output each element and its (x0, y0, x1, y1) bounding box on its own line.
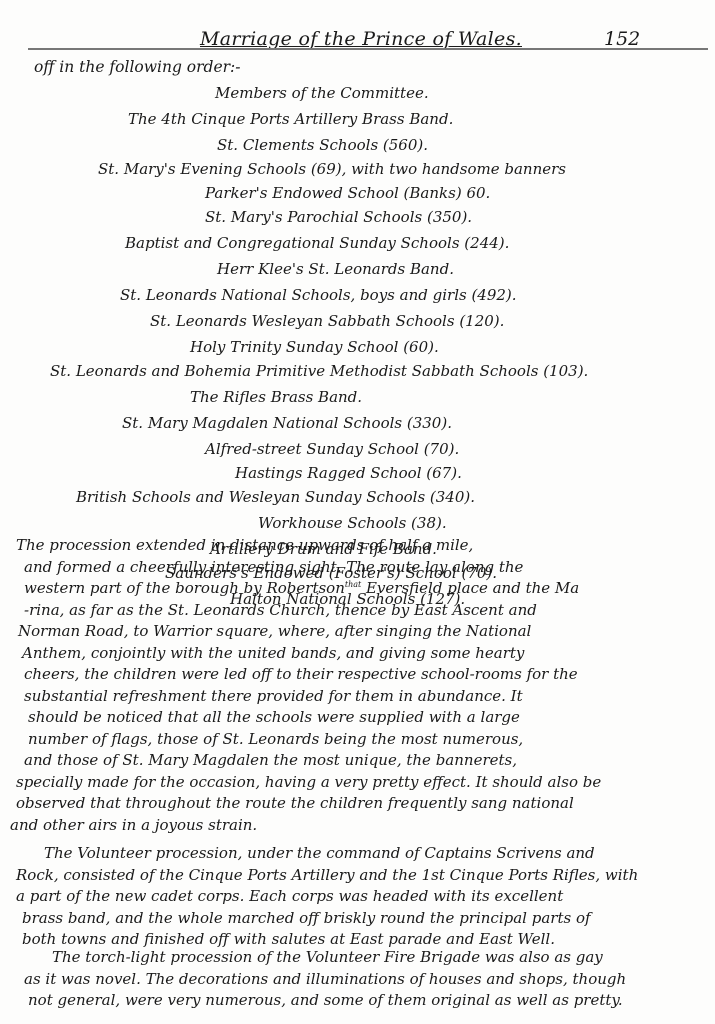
line-text: Norman Road, to Warrior square, where, a… (18, 622, 531, 640)
paragraph-line: both towns and finished off with salutes… (22, 930, 555, 948)
line-text: observed that throughout the route the c… (16, 794, 574, 812)
list-item: St. Mary's Evening Schools (69), with tw… (98, 160, 566, 178)
page-title: Marriage of the Prince of Wales. (200, 28, 522, 50)
paragraph-line: western part of the borough by Robertson… (24, 579, 579, 597)
intro-line: off in the following order:- (34, 58, 241, 76)
list-item: St. Leonards and Bohemia Primitive Metho… (50, 362, 588, 380)
list-item: Parker's Endowed School (Banks) 60. (205, 184, 490, 202)
paragraph-line: The Volunteer procession, under the comm… (44, 844, 595, 862)
list-item: Workhouse Schools (38). (258, 514, 447, 532)
line-text: specially made for the occasion, having … (16, 773, 601, 791)
paragraph-line: The torch-light procession of the Volunt… (52, 948, 603, 966)
line-text: The torch-light procession of the Volunt… (52, 948, 603, 966)
list-item: The Rifles Brass Band. (190, 388, 362, 406)
line-text: brass band, and the whole marched off br… (22, 909, 591, 927)
paragraph-line: not general, were very numerous, and som… (28, 991, 623, 1009)
paragraph-line: should be noticed that all the schools w… (28, 708, 520, 726)
line-text: a part of the new cadet corps. Each corp… (16, 887, 563, 905)
line-text: Rock, consisted of the Cinque Ports Arti… (16, 866, 638, 884)
list-item: Holy Trinity Sunday School (60). (190, 338, 439, 356)
line-text: The Volunteer procession, under the comm… (44, 844, 595, 862)
line-text: western part of the borough by Robertson (24, 579, 345, 597)
paragraph-line: -rina, as far as the St. Leonards Church… (24, 601, 537, 619)
line-text: and those of St. Mary Magdalen the most … (24, 751, 517, 769)
line-text: Anthem, conjointly with the united bands… (22, 644, 524, 662)
paragraph-line: number of flags, those of St. Leonards b… (28, 730, 523, 748)
list-item: St. Leonards National Schools, boys and … (120, 286, 517, 304)
list-item: Herr Klee's St. Leonards Band. (217, 260, 454, 278)
paragraph-line: The procession extended in distance upwa… (16, 536, 473, 554)
list-item: St. Mary's Parochial Schools (350). (205, 208, 472, 226)
paragraph-line: Rock, consisted of the Cinque Ports Arti… (16, 866, 638, 884)
list-item: St. Clements Schools (560). (217, 136, 428, 154)
list-item: British Schools and Wesleyan Sunday Scho… (76, 488, 475, 506)
line-text: number of flags, those of St. Leonards b… (28, 730, 523, 748)
paragraph-line: and formed a cheerfully interesting sigh… (24, 558, 523, 576)
paragraph-line: observed that throughout the route the c… (16, 794, 574, 812)
paragraph-line: and other airs in a joyous strain. (10, 816, 257, 834)
line-text: should be noticed that all the schools w… (28, 708, 520, 726)
list-item: St. Mary Magdalen National Schools (330)… (122, 414, 452, 432)
header-rule (28, 48, 708, 50)
line-text: as it was novel. The decorations and ill… (24, 970, 626, 988)
list-item: Alfred-street Sunday School (70). (205, 440, 459, 458)
paragraph-line: as it was novel. The decorations and ill… (24, 970, 626, 988)
paragraph-line: a part of the new cadet corps. Each corp… (16, 887, 563, 905)
paragraph-line: Norman Road, to Warrior square, where, a… (18, 622, 531, 640)
list-item: St. Leonards Wesleyan Sabbath Schools (1… (150, 312, 504, 330)
paragraph-line: Anthem, conjointly with the united bands… (22, 644, 524, 662)
paragraph-line: and those of St. Mary Magdalen the most … (24, 751, 517, 769)
list-item: Hastings Ragged School (67). (235, 464, 462, 482)
line-text: The procession extended in distance upwa… (16, 536, 473, 554)
list-item: The 4th Cinque Ports Artillery Brass Ban… (128, 110, 453, 128)
line-text: both towns and finished off with salutes… (22, 930, 555, 948)
line-text-continued: Eversfield place and the Ma (361, 579, 579, 597)
line-text: and other airs in a joyous strain. (10, 816, 257, 834)
page-number: 152 (604, 28, 640, 50)
line-text: -rina, as far as the St. Leonards Church… (24, 601, 537, 619)
list-item: Baptist and Congregational Sunday School… (125, 234, 509, 252)
line-text: and formed a cheerfully interesting sigh… (24, 558, 523, 576)
paragraph-line: brass band, and the whole marched off br… (22, 909, 591, 927)
list-item: Members of the Committee. (215, 84, 429, 102)
manuscript-page: Marriage of the Prince of Wales. 152 off… (0, 0, 715, 1024)
line-text: substantial refreshment there provided f… (24, 687, 523, 705)
caret-insertion: that (345, 580, 361, 589)
paragraph-line: specially made for the occasion, having … (16, 773, 601, 791)
paragraph-line: substantial refreshment there provided f… (24, 687, 523, 705)
paragraph-line: cheers, the children were led off to the… (24, 665, 578, 683)
line-text: cheers, the children were led off to the… (24, 665, 578, 683)
line-text: not general, were very numerous, and som… (28, 991, 623, 1009)
